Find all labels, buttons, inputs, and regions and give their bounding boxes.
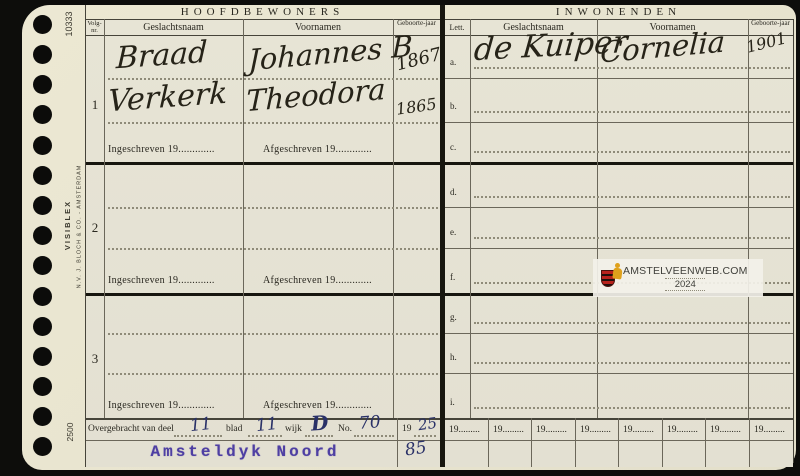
crest-figure-icon [613,263,622,279]
binder-hole [33,136,52,155]
row-letter: b. [450,101,457,111]
handwritten-no: 70 [358,414,381,433]
writing-line [474,362,790,364]
row-rule [444,122,793,123]
ingeschreven-label: Ingeschreven 19............. [108,400,215,411]
ingeschreven-label: Ingeschreven 19............. [108,275,215,286]
writing-line [108,333,438,335]
row-letter: a. [450,57,456,67]
handwritten-wijk: D [310,412,329,433]
fill-line [354,435,394,437]
binder-hole [33,287,52,306]
col-rule [597,19,598,418]
register-card: 10333 VISIBLEX N.V. J. BLOCH & CO. - AMS… [22,5,796,470]
binder-hole [33,437,52,456]
writing-line [108,373,438,375]
volgnr-1: 1 [88,97,102,113]
writing-line [474,407,790,409]
fill-line [248,435,282,437]
rule [85,19,793,20]
binder-hole [33,45,52,64]
group-divider [85,162,793,165]
year-cell: 19......... [444,418,488,435]
overgebracht-label: Overgebracht van deel [88,424,174,434]
row-letter: c. [450,142,456,152]
binder-hole [33,105,52,124]
volgnr-3: 3 [88,351,102,367]
writing-line [474,151,790,153]
year-prefix: 19 [402,424,412,434]
brand-visiblex: VISIBLEX [61,194,73,256]
no-label: No. [338,424,352,434]
watermark-site: AMSTELVEENWEB.COM [623,265,748,277]
blad-label: blad [226,424,242,434]
printer-imprint: N.V. J. BLOCH & CO. - AMSTERDAM [75,156,84,298]
serial-number-bottom: 2500 [64,412,76,452]
row-rule [444,373,793,374]
writing-line [108,248,438,250]
binder-hole [33,75,52,94]
binder-hole [33,377,52,396]
year-cell: 19......... [749,418,793,435]
handwritten-deel: 11 [189,416,212,435]
col-rule [793,19,794,463]
section-title-hoofdbewoners: HOOFDBEWONERS [85,6,440,18]
row-letter: e. [450,227,456,237]
binder-hole [33,226,52,245]
district-stamp: Amsteldyk Noord [150,443,340,461]
fill-line [305,435,333,437]
col-header-lett: Lett. [444,23,470,32]
watermark-year: 2024 [665,278,705,291]
col-header-surname-left: Geslachtsnaam [104,22,243,33]
serial-number-top: 10333 [63,4,75,44]
writing-line [474,196,790,198]
row-letter: h. [450,352,457,362]
writing-line [108,122,438,124]
writing-line [108,207,438,209]
year-cell: 19......... [662,418,705,435]
margin-rule [85,5,86,467]
handwritten-surname-1: Braad [116,38,208,75]
cell-rule [397,418,398,467]
binder-hole [33,166,52,185]
writing-line [474,111,790,113]
writing-line [474,322,790,324]
handwritten-year-25: 25 [417,416,438,434]
row-rule [444,207,793,208]
section-title-inwonenden: INWONENDEN [444,6,793,18]
binder-hole [33,256,52,275]
afgeschreven-label: Afgeschreven 19............. [263,275,372,286]
year-cell: 19......... [575,418,618,435]
volgnr-2: 2 [88,220,102,236]
binder-hole [33,347,52,366]
binder-hole [33,196,52,215]
row-letter: f. [450,272,455,282]
col-rule [104,19,105,418]
col-header-firstnames-left: Voornamen [243,22,393,33]
handwritten-surname-2: Verkerk [108,79,228,117]
section-divider [440,5,445,467]
year-cell: 19......... [618,418,662,435]
col-header-year-right: Geboorte-jaar [748,20,793,28]
row-rule [444,248,793,249]
col-header-year-left: Geboorte-jaar [393,20,440,28]
row-letter: d. [450,187,457,197]
row-letter: i. [450,397,455,407]
row-letter: g. [450,312,457,322]
binder-hole [33,317,52,336]
year-cell: 19......... [488,418,531,435]
ingeschreven-label: Ingeschreven 19............. [108,144,215,155]
col-header-volgnr: Volg-nr. [85,20,104,34]
wijk-label: wijk [285,424,302,434]
year-cell: 19......... [705,418,749,435]
year-cell: 19......... [531,418,575,435]
handwritten-blad: 11 [255,416,278,435]
col-rule [470,19,471,418]
handwritten-number-85: 85 [404,440,428,460]
row-rule [444,78,793,79]
writing-line [474,237,790,239]
afgeschreven-label: Afgeschreven 19............. [263,400,372,411]
rule [85,440,793,441]
binder-hole [33,407,52,426]
afgeschreven-label: Afgeschreven 19............. [263,144,372,155]
col-rule [748,19,749,418]
row-rule [444,333,793,334]
binder-hole [33,15,52,34]
watermark: AMSTELVEENWEB.COM 2024 [593,259,763,297]
writing-line [474,67,790,69]
scanned-register-card-view: 10333 VISIBLEX N.V. J. BLOCH & CO. - AMS… [0,0,800,476]
